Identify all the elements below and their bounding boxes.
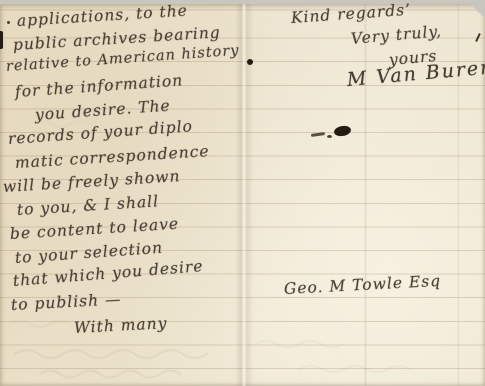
page-corner: [469, 4, 485, 17]
ink-dot: [247, 59, 253, 65]
stray-dot: [7, 21, 10, 24]
vertical-crease: [364, 4, 367, 386]
edge-blemish: [0, 31, 3, 49]
ink-smudge-dot: [327, 135, 332, 138]
letter-sheet: applications, to the public archives bea…: [0, 4, 485, 386]
letter-scan: applications, to the public archives bea…: [0, 0, 485, 386]
